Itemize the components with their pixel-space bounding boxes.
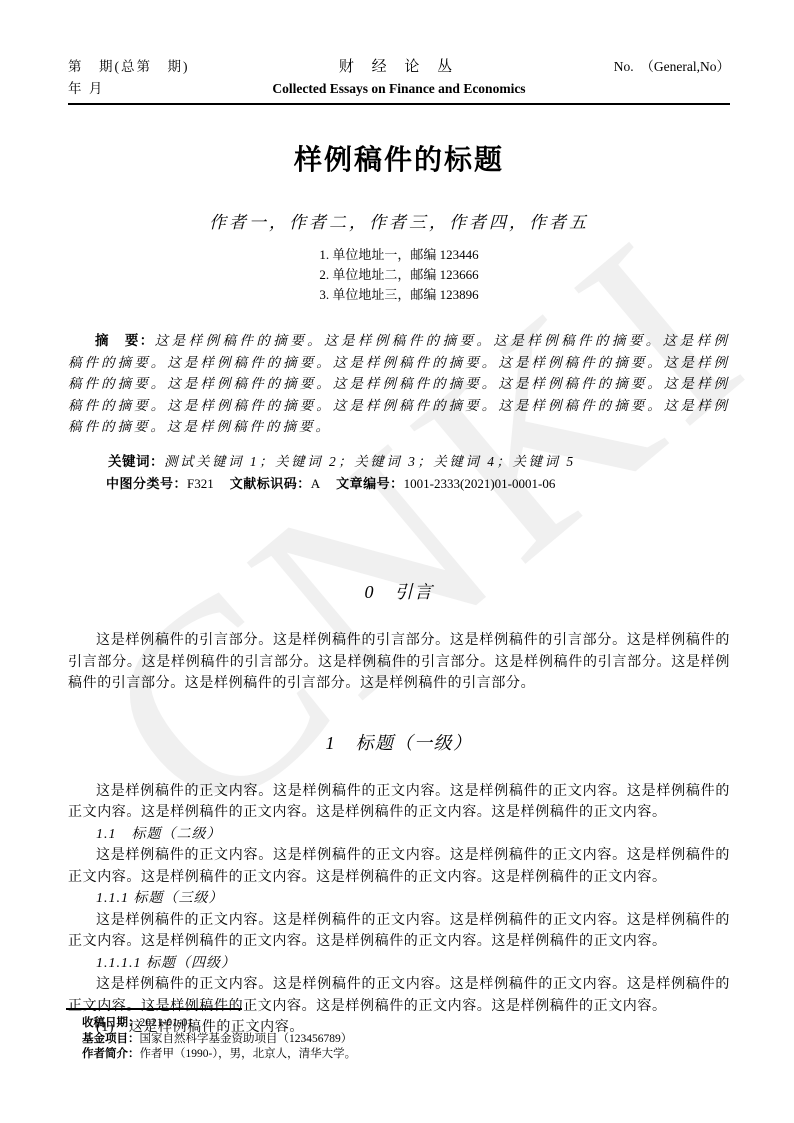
body-paragraph: 这是样例稿件的正文内容。这是样例稿件的正文内容。这是样例稿件的正文内容。这是样例… [68,910,730,953]
footnote-received-date: 收稿日期：2021-01-01 [66,1016,356,1032]
body-paragraph: 这是样例稿件的正文内容。这是样例稿件的正文内容。这是样例稿件的正文内容。这是样例… [68,781,730,824]
footnote-funding-label: 基金项目： [82,1033,140,1045]
body-paragraph: 这是样例稿件的正文内容。这是样例稿件的正文内容。这是样例稿件的正文内容。这是样例… [68,845,730,888]
footnote-funding-value: 国家自然科学基金资助项目（123456789） [140,1033,353,1045]
manuscript-page: 第 期(总第 期) 年 月 财 经 论 丛 Collected Essays o… [0,0,794,1039]
affiliation-item: 2. 单位地址二，邮编 123666 [68,265,730,285]
journal-header: 第 期(总第 期) 年 月 财 经 论 丛 Collected Essays o… [68,56,730,105]
footnote-received-label: 收稿日期： [82,1017,140,1029]
clc-value: F321 [187,476,214,491]
abstract-label: 摘 要： [95,333,155,348]
footnote-block: 收稿日期：2021-01-01 基金项目：国家自然科学基金资助项目（123456… [66,1008,356,1063]
journal-title-block: 财 经 论 丛 Collected Essays on Finance and … [258,56,540,100]
article-id-label: 文章编号： [336,476,404,491]
abstract-text: 这是样例稿件的摘要。这是样例稿件的摘要。这是样例稿件的摘要。这是样例稿件的摘要。… [68,333,730,434]
footnote-author-bio: 作者简介：作者甲（1990-），男，北京人，清华大学。 [66,1047,356,1063]
footnote-author-bio-label: 作者简介： [82,1048,140,1060]
doc-code-value: A [311,476,320,491]
affiliation-item: 1. 单位地址一，邮编 123446 [68,245,730,265]
footnote-divider [66,1008,242,1010]
header-issue-block: 第 期(总第 期) 年 月 [68,56,258,100]
abstract-paragraph: 摘 要：这是样例稿件的摘要。这是样例稿件的摘要。这是样例稿件的摘要。这是样例稿件… [68,330,730,438]
classification-line: 中图分类号：F321文献标识码：A文章编号：1001-2333(2021)01-… [68,473,730,495]
author-list: 作者一，作者二，作者三，作者四，作者五 [68,208,730,233]
subsection-heading-1-1: 1.1 标题（二级） [68,824,730,846]
header-no-line: No. （General,No） [540,56,730,78]
affiliation-item: 3. 单位地址三，邮编 123896 [68,285,730,305]
clc-label: 中图分类号： [106,476,187,491]
affiliation-list: 1. 单位地址一，邮编 123446 2. 单位地址二，邮编 123666 3.… [68,245,730,305]
header-issue-line: 第 期(总第 期) [68,56,258,78]
section-heading-intro: 0 引言 [68,578,730,604]
section-heading-1: 1 标题（一级） [68,729,730,755]
doc-code-label: 文献标识码： [230,476,311,491]
journal-title-en: Collected Essays on Finance and Economic… [258,78,540,100]
article-id-value: 1001-2333(2021)01-0001-06 [404,476,556,491]
header-date-line: 年 月 [68,78,258,100]
intro-paragraph: 这是样例稿件的引言部分。这是样例稿件的引言部分。这是样例稿件的引言部分。这是样例… [68,630,730,695]
keywords-label: 关键词： [108,454,164,469]
article-title: 样例稿件的标题 [68,138,730,178]
keywords-text: 测试关键词 1；关键词 2；关键词 3；关键词 4；关键词 5 [164,454,576,469]
subsection-heading-1-1-1: 1.1.1 标题（三级） [68,888,730,910]
subsection-heading-1-1-1-1: 1.1.1.1 标题（四级） [68,953,730,975]
footnote-author-bio-value: 作者甲（1990-），男，北京人，清华大学。 [140,1048,357,1060]
keywords-line: 关键词：测试关键词 1；关键词 2；关键词 3；关键词 4；关键词 5 [68,451,730,473]
journal-title-zh: 财 经 论 丛 [258,56,540,78]
footnote-funding: 基金项目：国家自然科学基金资助项目（123456789） [66,1032,356,1048]
header-no-block: No. （General,No） [540,56,730,78]
footnote-received-value: 2021-01-01 [140,1017,194,1029]
